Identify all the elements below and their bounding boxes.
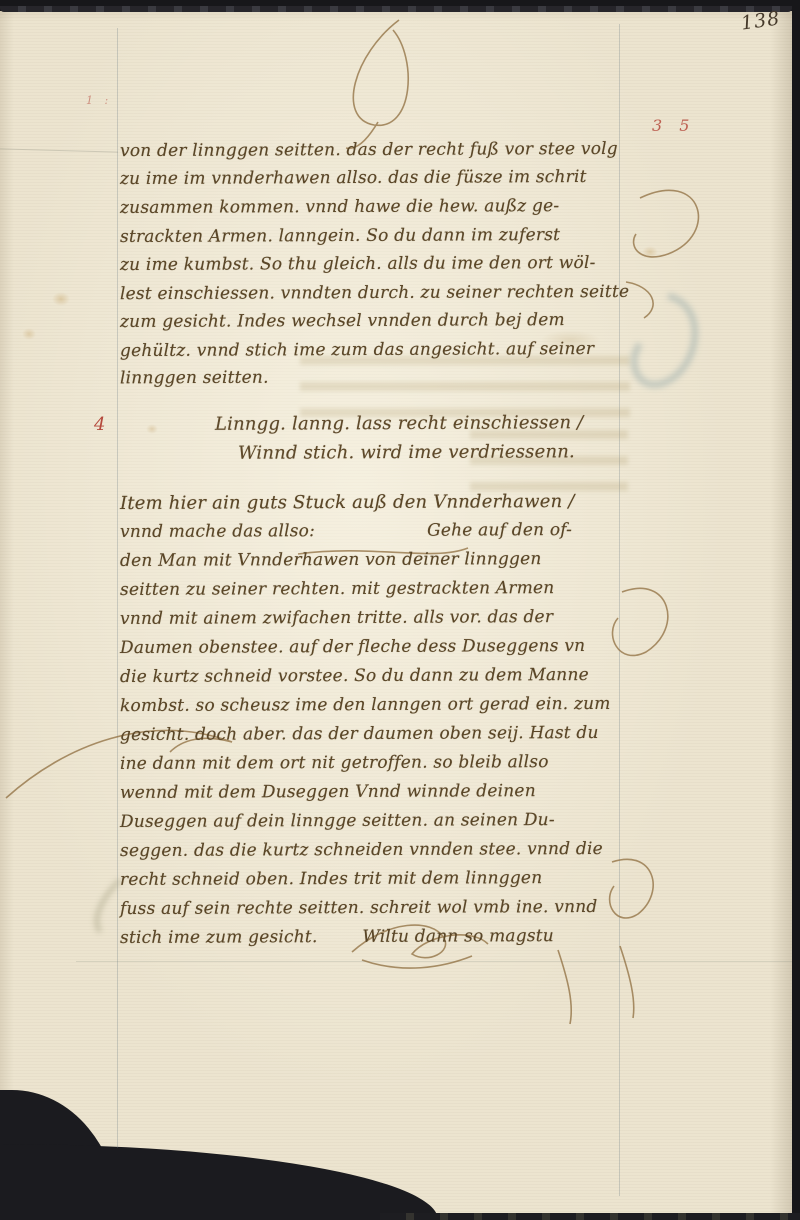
- zettel-verse-line: Winnd stich. wird ime verdriessenn.: [238, 441, 575, 463]
- manuscript-line: vnnd mache das allso: Gehe auf den of-: [120, 520, 572, 542]
- manuscript-line: wennd mit dem Duseggen Vnnd winnde deine…: [120, 781, 536, 803]
- red-folio-number: 3 5: [652, 116, 695, 135]
- manuscript-line: Duseggen auf dein linngge seitten. an se…: [120, 810, 555, 832]
- manuscript-line: strackten Armen. lanngein. So du dann im…: [120, 225, 560, 247]
- manuscript-line: seitten zu seiner rechten. mit gestrackt…: [120, 578, 555, 600]
- manuscript-line: von der linnggen seitten. das der recht …: [120, 139, 618, 161]
- manuscript-line: linnggen seitten.: [120, 368, 269, 389]
- manuscript-line: ine dann mit dem ort nit getroffen. so b…: [120, 752, 549, 774]
- manuscript-line: gehültz. vnnd stich ime zum das angesich…: [120, 339, 594, 361]
- manuscript-line: stich ime zum gesicht. Wiltu dann so mag…: [120, 926, 554, 948]
- manuscript-line: Daumen obenstee. auf der fleche dess Dus…: [120, 636, 585, 658]
- manuscript-line: die kurtz schneid vorstee. So du dann zu…: [120, 665, 589, 687]
- manuscript-line: fuss auf sein rechte seitten. schreit wo…: [120, 897, 598, 919]
- manuscript-line: vnnd mit ainem zwifachen tritte. alls vo…: [120, 607, 553, 629]
- quire-signature-mark: 1 :: [86, 94, 112, 107]
- manuscript-line: seggen. das die kurtz schneiden vnnden s…: [120, 839, 603, 861]
- manuscript-line: kombst. so scheusz ime den lanngen ort g…: [120, 694, 611, 716]
- manuscript-line: den Man mit Vnnderhawen von deiner linng…: [120, 549, 542, 571]
- manuscript-line: zu ime kumbst. So thu gleich. alls du im…: [120, 253, 596, 275]
- zettel-verse-line: Linngg. lanng. lass recht einschiessen /: [215, 412, 584, 435]
- manuscript-line: gesicht. doch aber. das der daumen oben …: [120, 723, 599, 745]
- manuscript-line: zum gesicht. Indes wechsel vnnden durch …: [120, 310, 565, 332]
- manuscript-line: zu ime im vnnderhawen allso. das die füs…: [120, 167, 587, 189]
- manuscript-line: Item hier ain guts Stuck auß den Vnnderh…: [120, 491, 575, 514]
- manuscript-line: recht schneid oben. Indes trit mit dem l…: [120, 868, 542, 890]
- manuscript-line: zusammen kommen. vnnd hawe die hew. außz…: [120, 196, 559, 218]
- manuscript-line: lest einschiessen. vnndten durch. zu sei…: [120, 282, 629, 304]
- verse-margin-number: 4: [94, 414, 105, 435]
